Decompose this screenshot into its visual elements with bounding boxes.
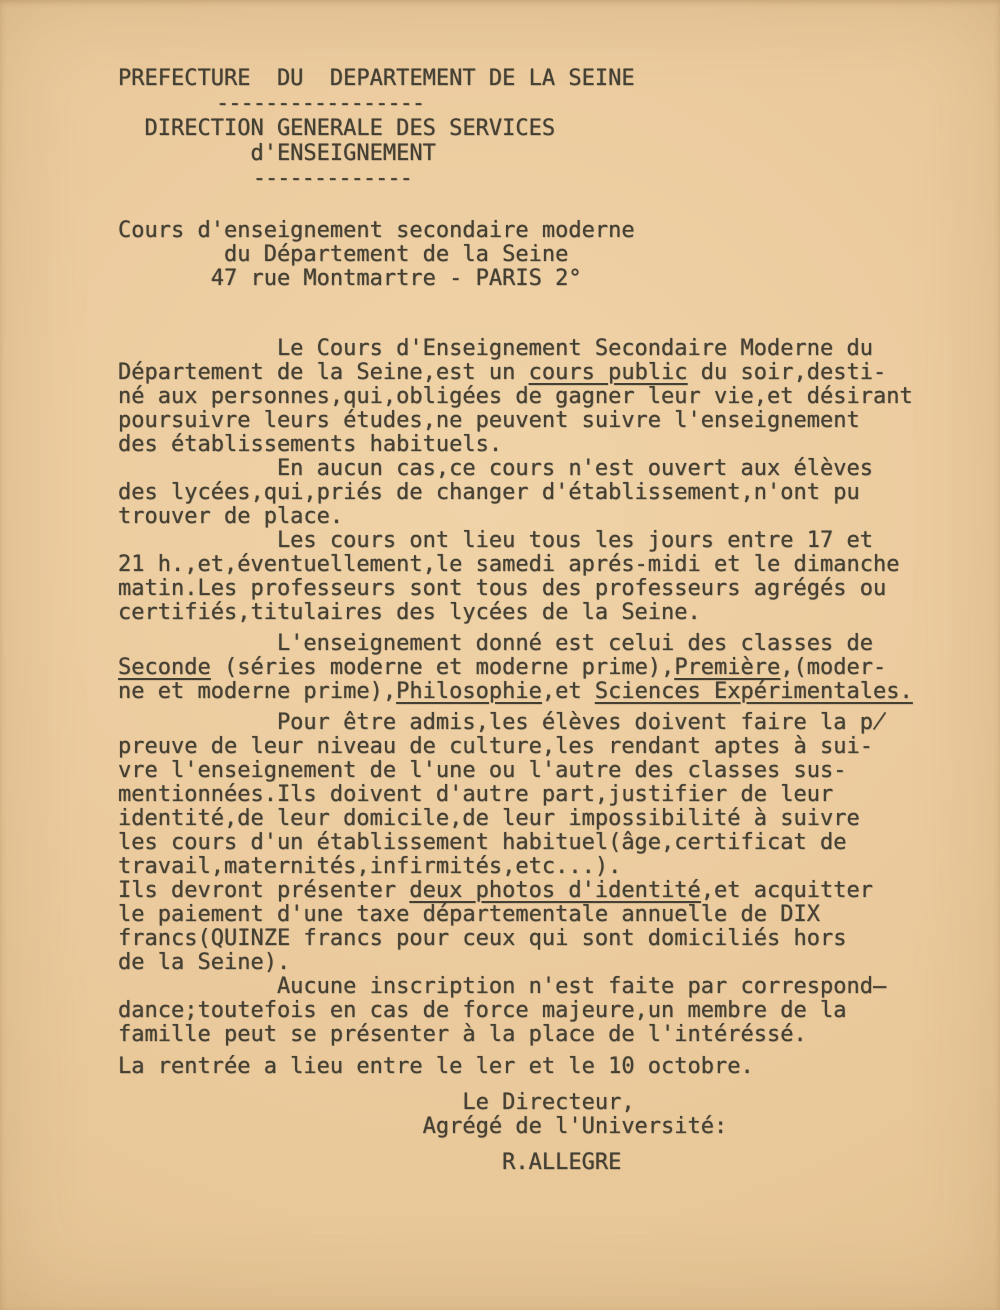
text-segment: preuve de leur niveau de culture,les ren… — [118, 734, 873, 759]
doc-line: famille peut se présenter à la place de … — [118, 1023, 970, 1047]
text-segment: ,et — [542, 679, 595, 704]
text-segment: vre l'enseignement de l'une ou l'autre d… — [118, 758, 846, 783]
doc-line: identité,de leur domicile,de leur imposs… — [118, 807, 970, 831]
text-segment: Aucune inscription n'est faite par corre… — [118, 974, 886, 999]
doc-line: Département de la Seine,est un cours pub… — [118, 361, 970, 385]
text-segment: (séries moderne et moderne prime), — [211, 655, 675, 680]
text-segment: mentionnées.Ils doivent d'autre part,jus… — [118, 782, 833, 807]
text-segment: Cours d'enseignement secondaire moderne — [118, 218, 635, 243]
doc-line: preuve de leur niveau de culture,les ren… — [118, 735, 970, 759]
doc-line: ----------------- — [118, 91, 970, 116]
doc-line: trouver de place. — [118, 505, 970, 529]
doc-line: La rentrée a lieu entre le ler et le 10 … — [118, 1055, 970, 1079]
doc-line: certifiés,titulaires des lycées de la Se… — [118, 601, 970, 625]
underlined-text: Philosophie — [396, 679, 542, 704]
text-segment: DIRECTION GENERALE DES SERVICES — [118, 116, 555, 141]
text-segment: Pour être admis,les élèves doivent faire… — [118, 710, 886, 735]
signature-block: Le Directeur, Agrégé de l'Université: R.… — [118, 1091, 970, 1175]
text-segment: Département de la Seine,est un — [118, 360, 529, 385]
doc-line: des établissements habituels. — [118, 433, 970, 457]
doc-line: Agrégé de l'Université: — [118, 1115, 970, 1139]
text-segment: ------------- — [118, 166, 412, 191]
text-segment: En aucun cas,ce cours n'est ouvert aux é… — [118, 456, 873, 481]
text-segment: certifiés,titulaires des lycées de la Se… — [118, 600, 701, 625]
doc-line: R.ALLEGRE — [118, 1151, 970, 1175]
scanned-document-page: PREFECTURE DU DEPARTEMENT DE LA SEINE --… — [0, 0, 1000, 1310]
paragraph-intro: Le Cours d'Enseignement Secondaire Moder… — [118, 337, 970, 457]
text-segment: famille peut se présenter à la place de … — [118, 1022, 807, 1047]
address-block: Cours d'enseignement secondaire moderne … — [118, 219, 970, 291]
doc-line: du Département de la Seine — [118, 243, 970, 267]
doc-line: d'ENSEIGNEMENT — [118, 141, 970, 166]
text-segment: ,(moder- — [780, 655, 886, 680]
paragraph-exclusion: En aucun cas,ce cours n'est ouvert aux é… — [118, 457, 970, 529]
doc-line: dance;toutefois en cas de force majeure,… — [118, 999, 970, 1023]
text-segment: PREFECTURE DU DEPARTEMENT DE LA SEINE — [118, 66, 635, 91]
doc-line: francs(QUINZE francs pour ceux qui sont … — [118, 927, 970, 951]
text-segment: matin.Les professeurs sont tous des prof… — [118, 576, 886, 601]
doc-line: 47 rue Montmartre - PARIS 2° — [118, 267, 970, 291]
doc-line: des lycées,qui,priés de changer d'établi… — [118, 481, 970, 505]
paragraph-schedule: Les cours ont lieu tous les jours entre … — [118, 529, 970, 625]
doc-line: né aux personnes,qui,obligées de gagner … — [118, 385, 970, 409]
doc-line: de la Seine). — [118, 951, 970, 975]
text-segment: le paiement d'une taxe départementale an… — [118, 902, 820, 927]
text-segment: les cours d'un établissement habituel(âg… — [118, 830, 846, 855]
doc-line: Les cours ont lieu tous les jours entre … — [118, 529, 970, 553]
doc-line: les cours d'un établissement habituel(âg… — [118, 831, 970, 855]
text-segment: dance;toutefois en cas de force majeure,… — [118, 998, 846, 1023]
doc-line: DIRECTION GENERALE DES SERVICES — [118, 116, 970, 141]
doc-line: ------------- — [118, 166, 970, 191]
doc-line: mentionnées.Ils doivent d'autre part,jus… — [118, 783, 970, 807]
doc-line: poursuivre leurs études,ne peuvent suivr… — [118, 409, 970, 433]
text-segment: Le Directeur, — [118, 1090, 635, 1115]
doc-line: Le Cours d'Enseignement Secondaire Moder… — [118, 337, 970, 361]
doc-line: ne et moderne prime),Philosophie,et Scie… — [118, 680, 970, 704]
text-segment: ,et acquitter — [701, 878, 873, 903]
doc-line: Cours d'enseignement secondaire moderne — [118, 219, 970, 243]
text-segment: du Département de la Seine — [118, 242, 568, 267]
text-segment: L'enseignement donné est celui des class… — [118, 631, 873, 656]
text-segment: Les cours ont lieu tous les jours entre … — [118, 528, 873, 553]
text-segment: Le Cours d'Enseignement Secondaire Moder… — [118, 336, 873, 361]
text-segment: poursuivre leurs études,ne peuvent suivr… — [118, 408, 860, 433]
paragraph-fees: Ils devront présenter deux photos d'iden… — [118, 879, 970, 975]
typewritten-content: PREFECTURE DU DEPARTEMENT DE LA SEINE --… — [118, 66, 970, 1175]
text-segment: identité,de leur domicile,de leur imposs… — [118, 806, 860, 831]
doc-line: Pour être admis,les élèves doivent faire… — [118, 711, 970, 735]
doc-line: Seconde (séries moderne et moderne prime… — [118, 656, 970, 680]
doc-line: L'enseignement donné est celui des class… — [118, 632, 970, 656]
paragraph-admission: Pour être admis,les élèves doivent faire… — [118, 711, 970, 879]
text-segment: ----------------- — [118, 91, 424, 116]
text-segment: trouver de place. — [118, 504, 343, 529]
text-segment: 21 h.,et,éventuellement,le samedi aprés-… — [118, 552, 899, 577]
paragraph-rentree: La rentrée a lieu entre le ler et le 10 … — [118, 1055, 970, 1079]
letterhead: PREFECTURE DU DEPARTEMENT DE LA SEINE --… — [118, 66, 970, 191]
paragraph-inscription: Aucune inscription n'est faite par corre… — [118, 975, 970, 1047]
doc-line: vre l'enseignement de l'une ou l'autre d… — [118, 759, 970, 783]
text-segment: Agrégé de l'Université: — [118, 1114, 727, 1139]
text-segment: des lycées,qui,priés de changer d'établi… — [118, 480, 860, 505]
text-segment: La rentrée a lieu entre le ler et le 10 … — [118, 1054, 754, 1079]
text-segment: francs(QUINZE francs pour ceux qui sont … — [118, 926, 846, 951]
text-segment: né aux personnes,qui,obligées de gagner … — [118, 384, 913, 409]
underlined-text: Sciences Expérimentales. — [595, 679, 913, 704]
text-segment: travail,maternités,infirmités,etc...). — [118, 854, 621, 879]
doc-line: le paiement d'une taxe départementale an… — [118, 903, 970, 927]
doc-line: travail,maternités,infirmités,etc...). — [118, 855, 970, 879]
text-segment: R.ALLEGRE — [118, 1150, 621, 1175]
text-segment: de la Seine). — [118, 950, 290, 975]
text-segment: ne et moderne prime), — [118, 679, 396, 704]
paragraph-classes: L'enseignement donné est celui des class… — [118, 632, 970, 704]
doc-line: Ils devront présenter deux photos d'iden… — [118, 879, 970, 903]
underlined-text: Première — [674, 655, 780, 680]
doc-line: Aucune inscription n'est faite par corre… — [118, 975, 970, 999]
document-body: Le Cours d'Enseignement Secondaire Moder… — [118, 337, 970, 1079]
doc-line: matin.Les professeurs sont tous des prof… — [118, 577, 970, 601]
underlined-text: cours public — [529, 360, 688, 385]
text-segment: Ils devront présenter — [118, 878, 409, 903]
underlined-text: Seconde — [118, 655, 211, 680]
doc-line: PREFECTURE DU DEPARTEMENT DE LA SEINE — [118, 66, 970, 91]
underlined-text: deux photos d'identité — [409, 878, 700, 903]
doc-line: 21 h.,et,éventuellement,le samedi aprés-… — [118, 553, 970, 577]
text-segment: 47 rue Montmartre - PARIS 2° — [118, 266, 582, 291]
text-segment: du soir,desti- — [688, 360, 887, 385]
doc-line: Le Directeur, — [118, 1091, 970, 1115]
text-segment: d'ENSEIGNEMENT — [118, 141, 436, 166]
text-segment: des établissements habituels. — [118, 432, 502, 457]
doc-line: En aucun cas,ce cours n'est ouvert aux é… — [118, 457, 970, 481]
